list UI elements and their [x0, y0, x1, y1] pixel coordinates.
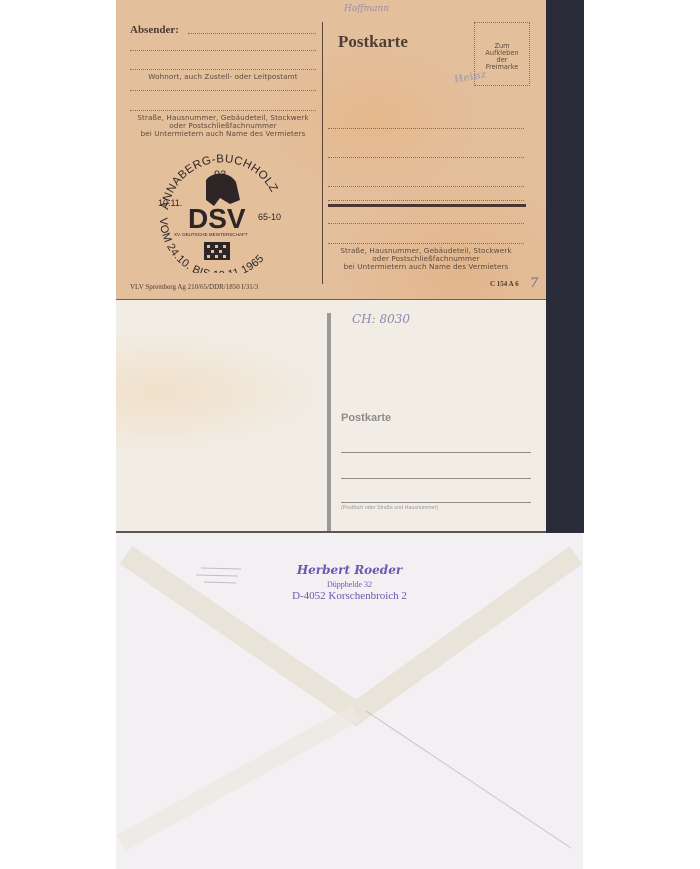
svg-text:DSV: DSV: [188, 203, 246, 234]
handwritten-number: 7: [530, 276, 538, 291]
dotted-line: [328, 157, 524, 158]
dotted-line: [328, 128, 524, 129]
svg-text:XV. DEUTSCHE MEISTERSCHAFT: XV. DEUTSCHE MEISTERSCHAFT: [174, 232, 248, 237]
dotted-line: [130, 90, 316, 91]
svg-text:65-10: 65-10: [258, 212, 281, 222]
sender-address-stamp: Herbert Roeder Düpphelde 32 D-4052 Korsc…: [116, 563, 583, 602]
residence-hint: Wohnort, auch Zustell- oder Leitpostamt: [130, 73, 316, 81]
hint-line: bei Untermietern auch Name des Vermieter…: [328, 263, 524, 271]
address-line: [341, 452, 531, 453]
postcard-title: Postkarte: [341, 412, 391, 424]
address-line: [341, 502, 531, 503]
ddr-postcard: Hoffmann Absender: Wohnort, auch Zustell…: [116, 0, 546, 300]
printer-imprint: VLV Spremberg Ag 210/65/DDR/1850 I/31/3: [130, 283, 258, 291]
handwriting-top: Hoffmann: [344, 4, 389, 14]
dotted-line: [328, 223, 524, 224]
sender-city: D-4052 Korschenbroich 2: [116, 590, 583, 602]
sender-label: Absender:: [130, 24, 179, 36]
thick-address-line: [328, 204, 526, 207]
dotted-line: [328, 186, 524, 187]
sender-name: Herbert Roeder: [116, 563, 583, 577]
dotted-line: [130, 69, 316, 70]
dotted-line: [130, 110, 316, 111]
stamp-placeholder-text: Zum Aufkleben der Freimarke: [474, 43, 530, 71]
card-divider: [327, 313, 331, 531]
card-divider: [322, 22, 323, 284]
address-hint: (Postfach oder Straße und Hausnummer): [341, 505, 438, 511]
dotted-line: [130, 50, 316, 51]
dotted-line: [188, 33, 316, 34]
form-code: C 154 A 6: [490, 280, 519, 288]
white-postcard: CH: 8030 Postkarte (Postfach oder Straße…: [116, 300, 546, 533]
svg-text:10.11.: 10.11.: [158, 198, 182, 208]
postcard-title: Postkarte: [338, 32, 408, 52]
address-hint-right: Straße, Hausnummer, Gebäudeteil, Stockwe…: [328, 247, 524, 271]
dark-background-strip: [546, 0, 584, 533]
address-hint-left: Straße, Hausnummer, Gebäudeteil, Stockwe…: [130, 114, 316, 138]
dotted-line: [328, 243, 524, 244]
dotted-line: [328, 200, 524, 201]
handwriting-code: CH: 8030: [352, 312, 410, 326]
chess-championship-postmark: ANNABERG-BUCHHOLZ 1 93 10.11. 65-10 DSV …: [146, 148, 296, 273]
hint-line: bei Untermietern auch Name des Vermieter…: [130, 130, 316, 138]
sender-street: Düpphelde 32: [116, 580, 583, 589]
address-line: [341, 478, 531, 479]
envelope-back: Herbert Roeder Düpphelde 32 D-4052 Korsc…: [116, 533, 583, 869]
